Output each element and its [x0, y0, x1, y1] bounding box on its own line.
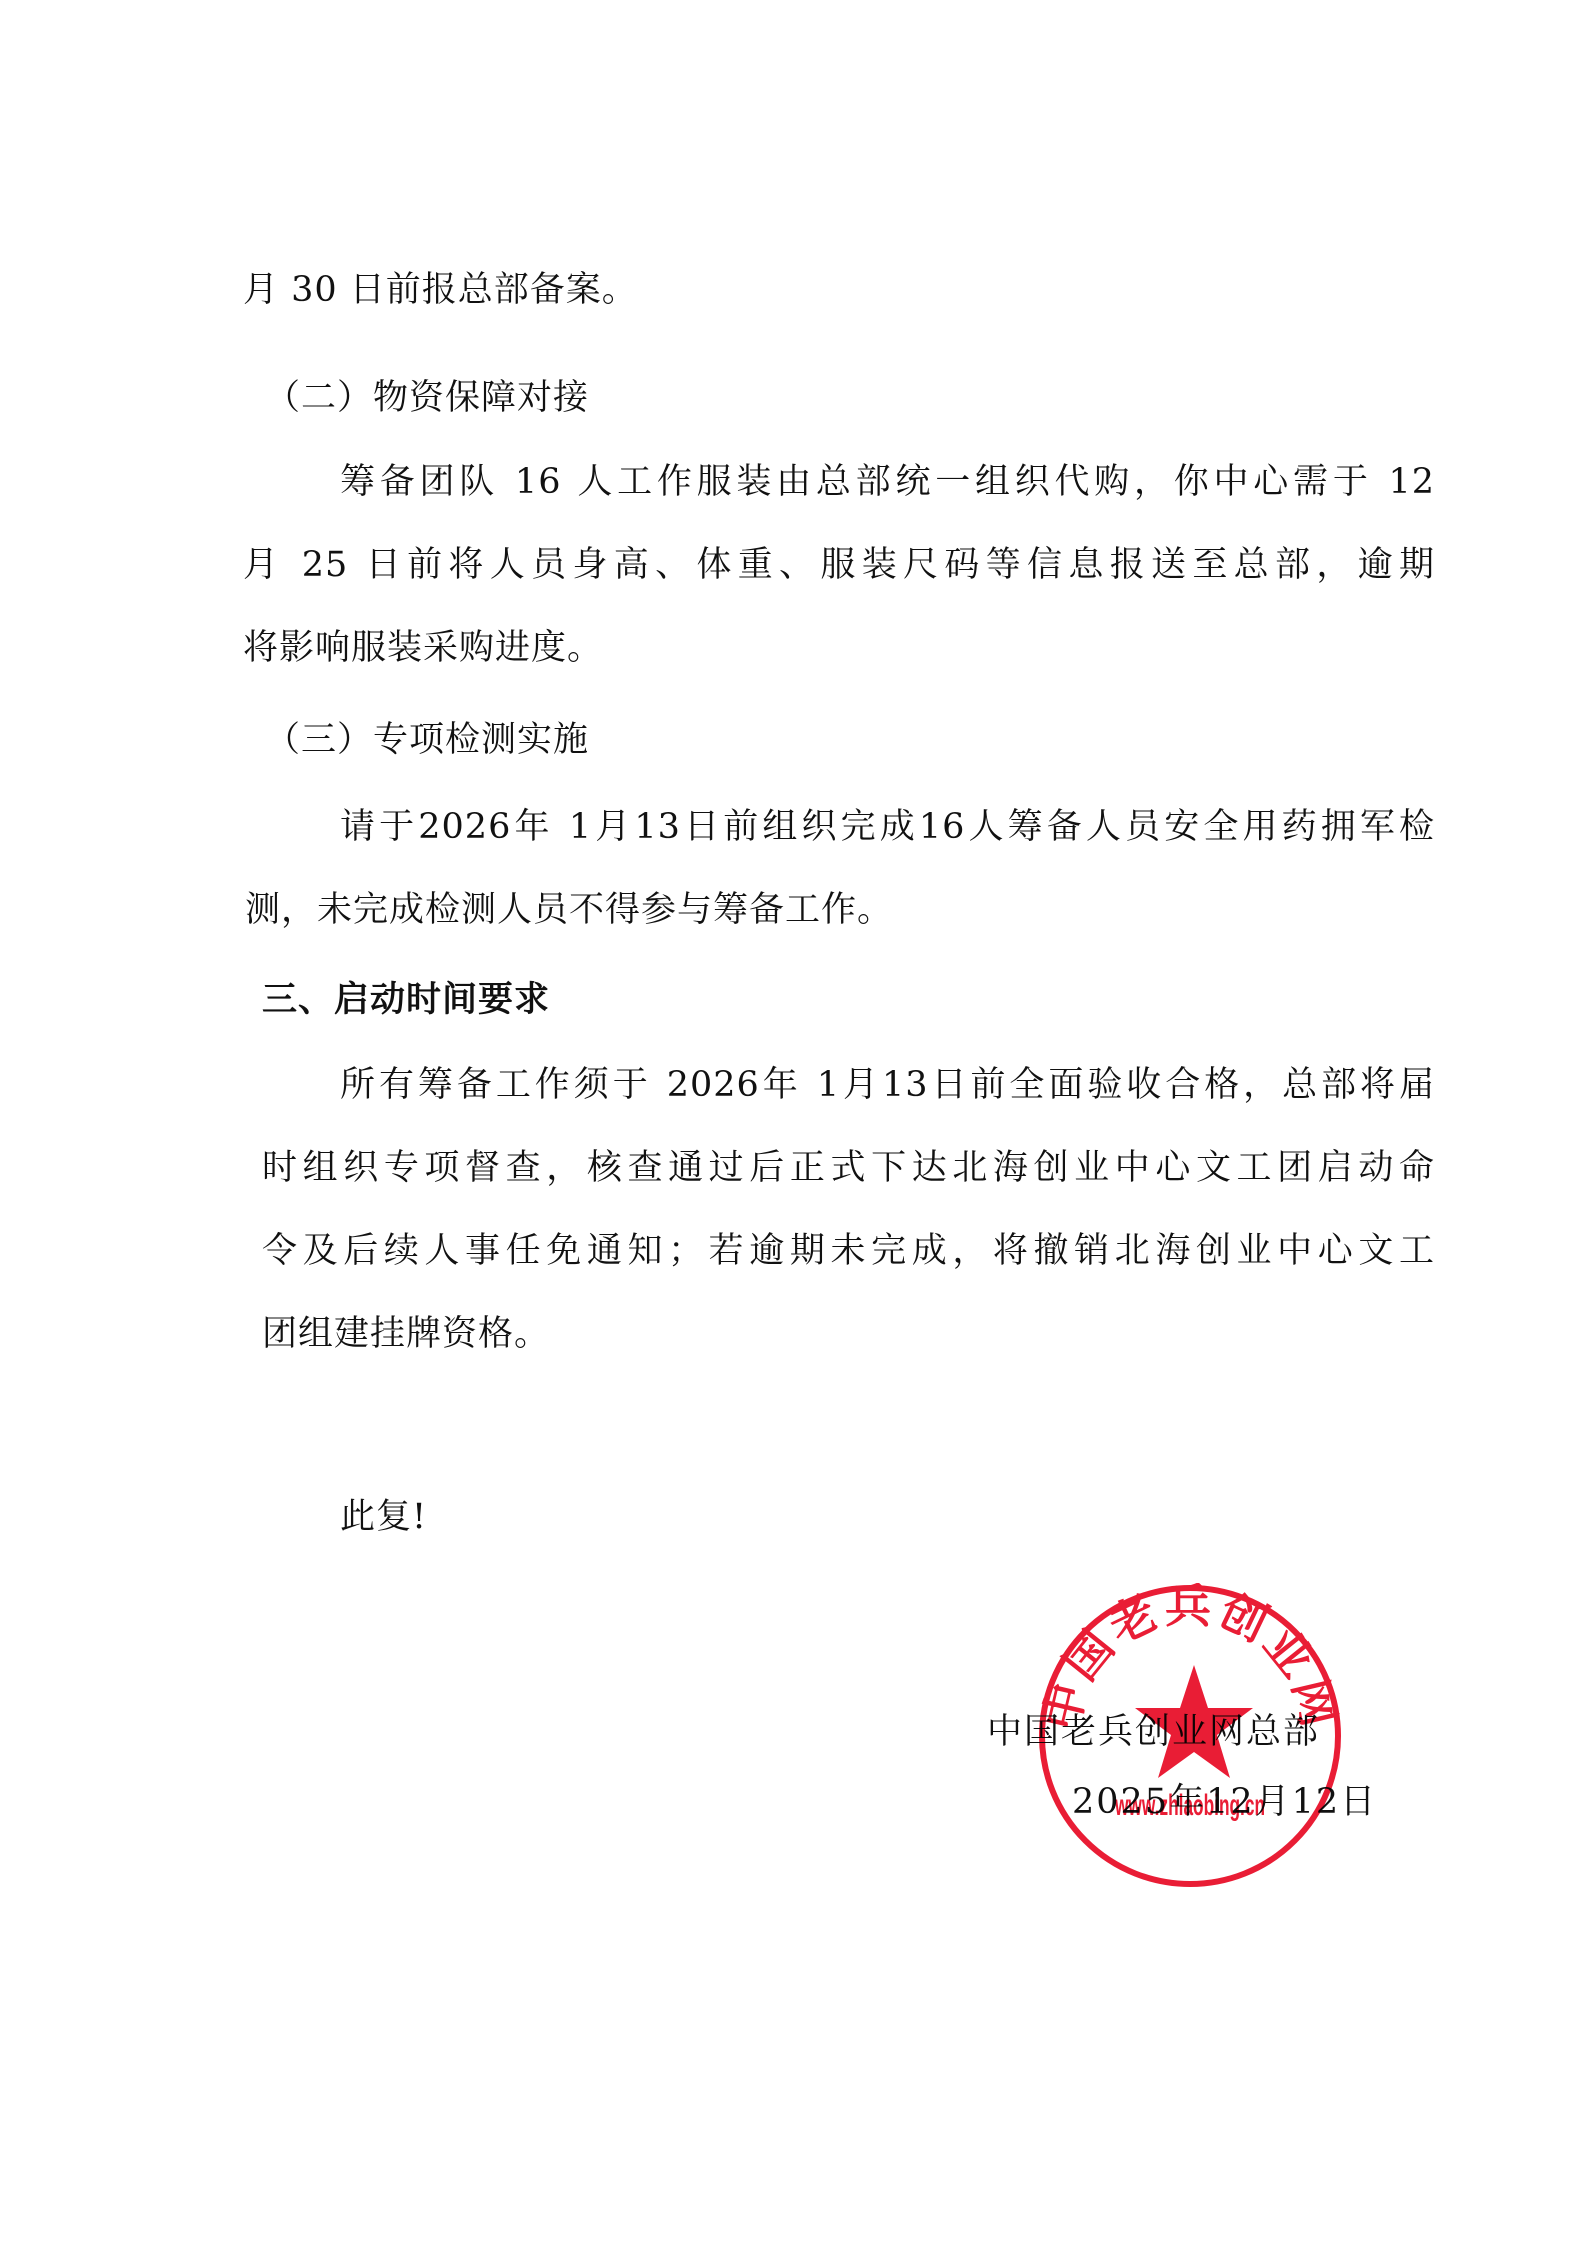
section-heading-3: 三、启动时间要求 — [262, 978, 550, 1022]
document-page: 月 30 日前报总部备案。 （二）物资保障对接 筹备团队 16 人工作服装由总部… — [0, 0, 1587, 2245]
paragraph-line: 所有筹备工作须于 2026年 1月13日前全面验收合格，总部将届 — [340, 1063, 1435, 1107]
paragraph-line: 测，未完成检测人员不得参与筹备工作。 — [245, 888, 893, 932]
closing-remark: 此复! — [340, 1495, 427, 1539]
star-icon — [1135, 1665, 1253, 1778]
paragraph-line: 筹备团队 16 人工作服装由总部统一组织代购，你中心需于 12 — [340, 460, 1435, 504]
paragraph-line: 令及后续人事任免通知；若逾期未完成，将撤销北海创业中心文工 — [262, 1229, 1435, 1273]
seal-website-text: www.zhlaobing.cn — [1114, 1789, 1265, 1822]
paragraph-line: 月 30 日前报总部备案。 — [243, 268, 638, 312]
paragraph-line: 团组建挂牌资格。 — [262, 1312, 550, 1356]
paragraph-line: 月 25 日前将人员身高、体重、服装尺码等信息报送至总部，逾期 — [243, 543, 1435, 587]
paragraph-line: 将影响服装采购进度。 — [243, 626, 603, 670]
subsection-heading-3: （三）专项检测实施 — [265, 718, 589, 762]
paragraph-line: 请于2026年 1月13日前组织完成16人筹备人员安全用药拥军检 — [340, 805, 1435, 849]
subsection-heading-2: （二）物资保障对接 — [265, 376, 589, 420]
official-seal: 中国老兵创业网 www.zhlaobing.cn — [1037, 1583, 1343, 1889]
paragraph-line: 时组织专项督查，核查通过后正式下达北海创业中心文工团启动命 — [262, 1146, 1435, 1190]
